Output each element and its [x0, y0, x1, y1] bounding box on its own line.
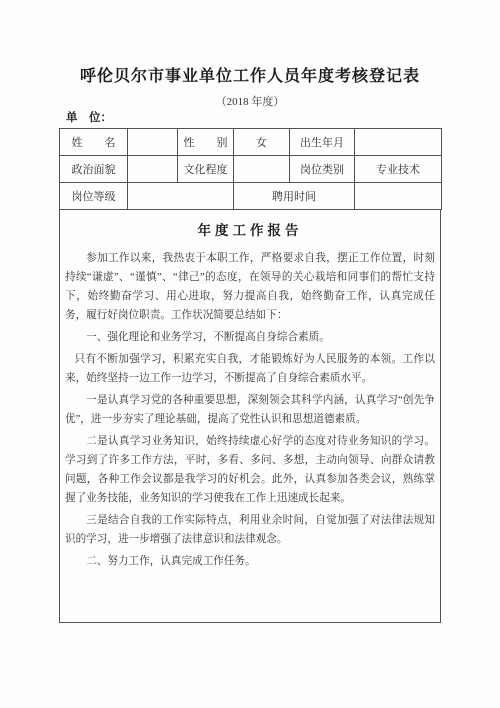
- education-level-label: 文化程度: [178, 156, 234, 183]
- birth-date-label: 出生年月: [290, 129, 355, 156]
- document-title: 呼伦贝尔市事业单位工作人员年度考核登记表: [0, 0, 500, 88]
- gender-value: 女: [234, 129, 290, 156]
- annual-report-section: 年度工作报告 参加工作以来，我热衷于本职工作，严格要求自我，摆正工作位置，时刻持…: [59, 209, 441, 623]
- report-title: 年度工作报告: [60, 222, 440, 239]
- hire-date-value: [355, 183, 442, 210]
- table-row: 姓 名 性 别 女 出生年月: [60, 129, 442, 156]
- personnel-info-table: 姓 名 性 别 女 出生年月 政治面貌 文化程度 岗位类别 专业技术 岗位等级 …: [59, 128, 442, 210]
- hire-date-label: 聘用时间: [234, 183, 355, 210]
- unit-label: 单 位：: [66, 111, 500, 126]
- report-paragraph: 二是认真学习业务知识，始终持续虚心好学的态度对待业务知识的学习。学习到了许多工作…: [65, 432, 435, 508]
- report-paragraph: 只有不断加强学习，积累充实自我，才能锻炼好为人民服务的本领。工作以来，始终坚持一…: [65, 350, 435, 388]
- education-level-value: [234, 156, 290, 183]
- report-paragraph: 二、努力工作，认真完成工作任务。: [65, 552, 435, 571]
- political-status-value: [128, 156, 178, 183]
- report-paragraph: 一、强化理论和业务学习，不断提高自身综合素质。: [65, 328, 435, 347]
- post-grade-label: 岗位等级: [60, 183, 128, 210]
- document-page: 呼伦贝尔市事业单位工作人员年度考核登记表 （2018 年度） 单 位： 姓 名 …: [0, 0, 500, 708]
- table-row: 政治面貌 文化程度 岗位类别 专业技术: [60, 156, 442, 183]
- report-paragraph: 三是结合自我的工作实际特点，利用业余时间，自觉加强了对法律法规知识的学习，进一步…: [65, 511, 435, 549]
- report-paragraph: 一是认真学习党的各种重要思想，深刻领会其科学内涵，认真学习“创先争优”，进一步夯…: [65, 391, 435, 429]
- name-value: [128, 129, 178, 156]
- document-subtitle: （2018 年度）: [0, 96, 500, 109]
- report-paragraph: 参加工作以来，我热衷于本职工作，严格要求自我，摆正工作位置，时刻持续“谦虚”、“…: [65, 249, 435, 325]
- table-row: 岗位等级 聘用时间: [60, 183, 442, 210]
- post-category-label: 岗位类别: [290, 156, 355, 183]
- gender-label: 性 别: [178, 129, 234, 156]
- political-status-label: 政治面貌: [60, 156, 128, 183]
- post-grade-value: [128, 183, 234, 210]
- name-label: 姓 名: [60, 129, 128, 156]
- birth-date-value: [355, 129, 442, 156]
- post-category-value: 专业技术: [355, 156, 442, 183]
